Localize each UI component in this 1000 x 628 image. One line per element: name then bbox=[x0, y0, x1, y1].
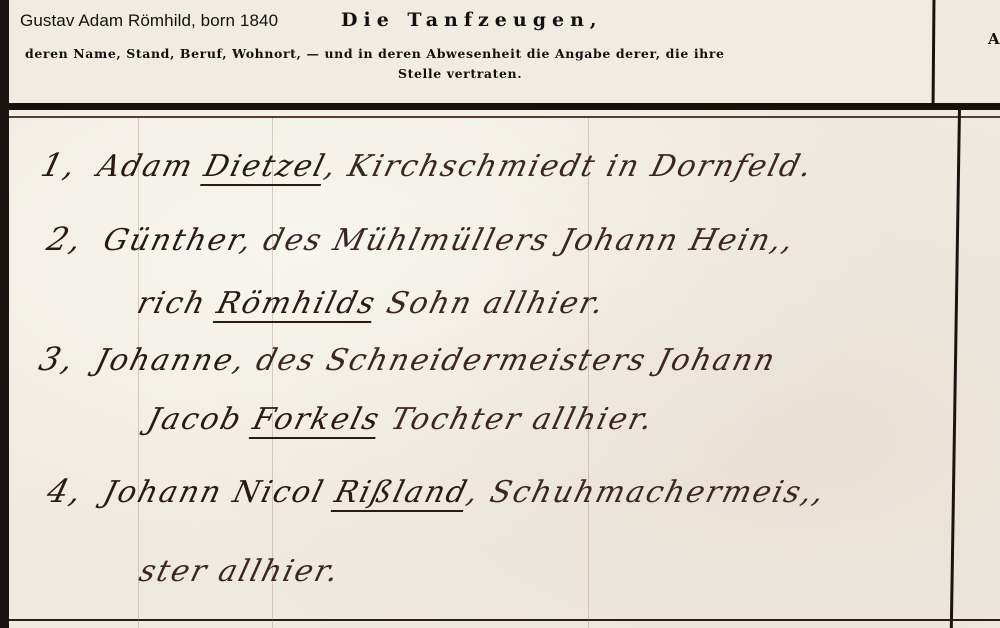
entry-text: Sohn allhier. bbox=[371, 286, 608, 321]
entry-4-line-1: 4,Johann Nicol Rißland, Schuhmachermeis,… bbox=[43, 472, 830, 510]
given-name: Johann Nicol bbox=[100, 475, 329, 510]
given-name: Johanne bbox=[92, 343, 238, 378]
surname: Rißland bbox=[331, 475, 472, 510]
bottom-rule bbox=[9, 619, 1000, 621]
right-column-header-stub: A bbox=[988, 30, 1000, 48]
surname: Forkels bbox=[249, 402, 384, 437]
printed-header-subtitle-line2: Stelle vertraten. bbox=[398, 66, 522, 81]
entry-number: 3, bbox=[35, 340, 79, 378]
given-name: Jacob bbox=[144, 402, 247, 437]
given-name: Günther bbox=[100, 223, 246, 258]
entry-text: ster allhier. bbox=[136, 554, 344, 589]
given-name: Adam bbox=[94, 149, 198, 184]
entry-number: 2, bbox=[43, 220, 87, 258]
entry-2-line-2: rich Römhilds Sohn allhier. bbox=[134, 286, 609, 321]
surname: Dietzel bbox=[201, 149, 330, 184]
surname: Römhilds bbox=[213, 286, 380, 321]
entry-text: , Schuhmachermeis,, bbox=[463, 475, 829, 510]
entry-text: , des Schneidermeisters Johann bbox=[229, 343, 780, 378]
printed-header-subtitle-line1: deren Name, Stand, Beruf, Wohnort, — und… bbox=[25, 46, 725, 61]
entry-text: Tochter allhier. bbox=[376, 402, 658, 437]
entry-1-line-1: 1,Adam Dietzel, Kirchschmiedt in Dornfel… bbox=[37, 146, 817, 184]
image-caption: Gustav Adam Römhild, born 1840 bbox=[20, 11, 278, 31]
entry-3-line-2: Jacob Forkels Tochter allhier. bbox=[144, 402, 658, 437]
entry-number: 1, bbox=[37, 146, 81, 184]
header-bottom-rule bbox=[9, 103, 1000, 110]
entry-2-line-1: 2,Günther, des Mühlmüllers Johann Hein,, bbox=[43, 220, 799, 258]
witness-entries: 1,Adam Dietzel, Kirchschmiedt in Dornfel… bbox=[0, 118, 958, 618]
entry-text: , Kirchschmiedt in Dornfeld. bbox=[321, 149, 817, 184]
given-name: rich bbox=[134, 286, 211, 321]
entry-text: , des Mühlmüllers Johann Hein,, bbox=[237, 223, 799, 258]
entry-3-line-1: 3,Johanne, des Schneidermeisters Johann bbox=[35, 340, 781, 378]
entry-4-line-2: ster allhier. bbox=[136, 554, 344, 589]
printed-header-title: Die Tanfzeugen, bbox=[341, 9, 603, 31]
entry-number: 4, bbox=[43, 472, 87, 510]
register-page-scan: Gustav Adam Römhild, born 1840 Die Tanfz… bbox=[0, 0, 1000, 628]
